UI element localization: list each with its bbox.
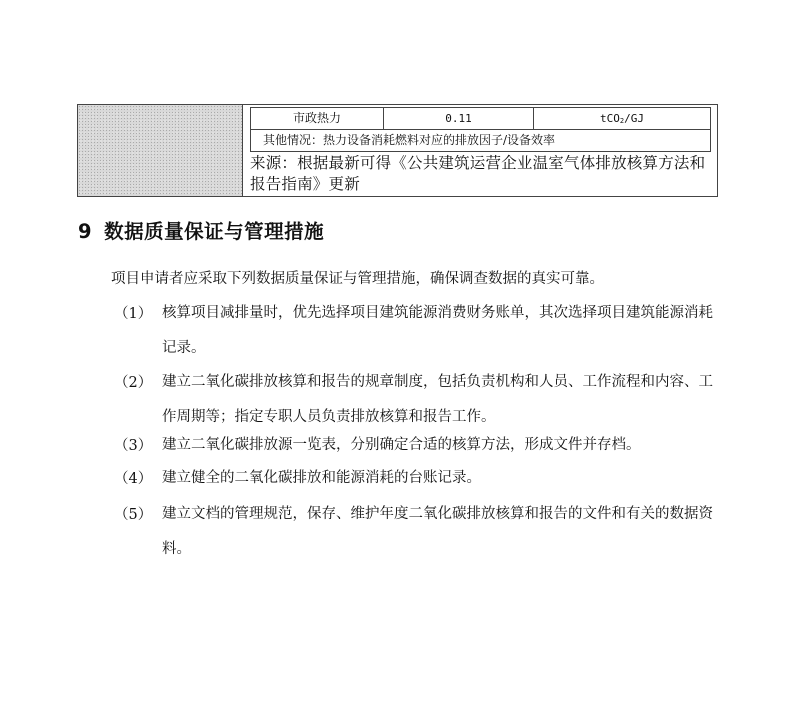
intro-paragraph: 项目申请者应采取下列数据质量保证与管理措施，确保调查数据的真实可靠。	[111, 269, 604, 289]
other-note-row: 其他情况：热力设备消耗燃料对应的排放因子/设备效率	[251, 130, 710, 151]
list-item-number: （3）	[114, 436, 152, 456]
factor-unit-cell: tCO2/GJ	[534, 108, 710, 129]
section-title: 数据质量保证与管理措施	[104, 220, 324, 243]
emission-factor-table: 市政热力 0.11 tCO2/GJ 其他情况：热力设备消耗燃料对应的排放因子/设…	[77, 104, 718, 197]
list-item: 建立健全的二氧化碳排放和能源消耗的台账记录。	[162, 461, 722, 496]
list-item: 核算项目减排量时，优先选择项目建筑能源消费财务账单，其次选择项目建筑能源消耗记录…	[162, 296, 722, 366]
shaded-cell	[78, 105, 243, 196]
list-item: 建立二氧化碳排放核算和报告的规章制度，包括负责机构和人员、工作流程和内容、工作周…	[162, 365, 722, 435]
source-note: 来源：根据最新可得《公共建筑运营企业温室气体排放核算方法和报告指南》更新	[250, 153, 712, 195]
list-item: 建立文档的管理规范，保存、维护年度二氧化碳排放核算和报告的文件和有关的数据资料。	[162, 497, 722, 567]
list-item-number: （5）	[114, 505, 152, 525]
inner-factor-table: 市政热力 0.11 tCO2/GJ 其他情况：热力设备消耗燃料对应的排放因子/设…	[250, 107, 711, 152]
list-item: 建立二氧化碳排放源一览表，分别确定合适的核算方法，形成文件并存档。	[162, 428, 722, 463]
list-item-number: （2）	[114, 373, 152, 393]
list-item-number: （1）	[114, 304, 152, 324]
fuel-name-cell: 市政热力	[251, 108, 384, 129]
factor-value-cell: 0.11	[384, 108, 534, 129]
section-heading: 9数据质量保证与管理措施	[78, 216, 324, 244]
section-number: 9	[78, 220, 92, 243]
table-row: 市政热力 0.11 tCO2/GJ	[251, 108, 710, 130]
list-item-number: （4）	[114, 469, 152, 489]
